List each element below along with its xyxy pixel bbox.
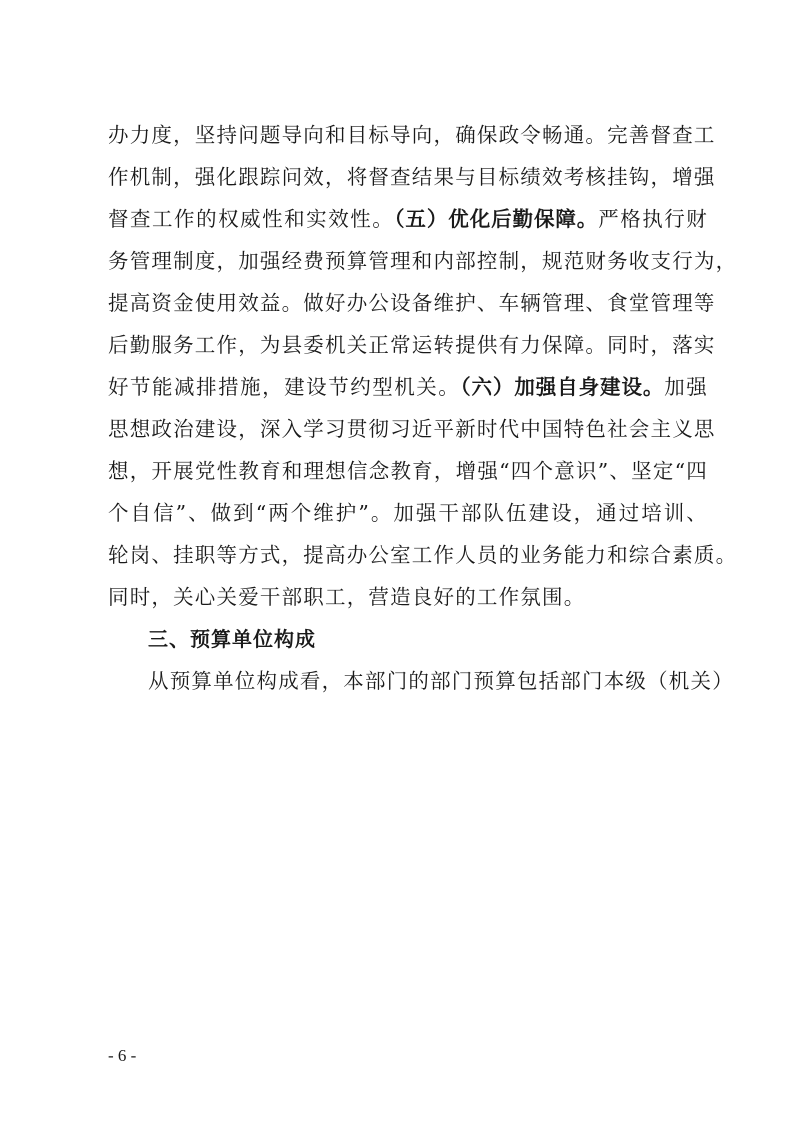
body-line: 后勤服务工作，为县委机关正常运转提供有力保障。同时，落实 [108,333,708,357]
body-text: 加强 [664,375,708,399]
body-line: 督查工作的权威性和实效性。（五）优化后勤保障。严格执行财 [108,207,708,231]
body-line: 想，开展党性教育和理想信念教育，增强“四个意识”、坚定“四 [108,459,708,483]
document-page: 办力度，坚持问题导向和目标导向，确保政令畅通。完善督查工 作机制，强化跟踪问效，… [0,0,793,1122]
subsection-title-5: （五）优化后勤保障。 [394,207,598,231]
body-line: 同时，关心关爱干部职工，营造良好的工作氛围。 [108,585,708,609]
body-line: 思想政治建设，深入学习贯彻习近平新时代中国特色社会主义思 [108,417,708,441]
body-text: 好节能减排措施，建设节约型机关。 [108,375,460,399]
body-line: 轮岗、挂职等方式，提高办公室工作人员的业务能力和综合素质。 [108,543,708,567]
body-line: 务管理制度，加强经费预算管理和内部控制，规范财务收支行为， [108,249,708,273]
body-line: 从预算单位构成看，本部门的部门预算包括部门本级（机关） [148,669,708,693]
body-text: 严格执行财 [598,207,708,231]
body-line: 个自信”、做到“两个维护”。加强干部队伍建设，通过培训、 [108,501,708,525]
subsection-title-6: （六）加强自身建设。 [460,375,664,399]
body-line: 提高资金使用效益。做好办公设备维护、车辆管理、食堂管理等 [108,291,708,315]
body-line: 作机制，强化跟踪问效，将督查结果与目标绩效考核挂钩，增强 [108,165,708,189]
page-number: - 6 - [108,1046,136,1066]
body-text: 督查工作的权威性和实效性。 [108,207,394,231]
body-line: 好节能减排措施，建设节约型机关。（六）加强自身建设。加强 [108,375,708,399]
body-line: 办力度，坚持问题导向和目标导向，确保政令畅通。完善督查工 [108,123,708,147]
section-heading-budget-units: 三、预算单位构成 [148,627,316,651]
